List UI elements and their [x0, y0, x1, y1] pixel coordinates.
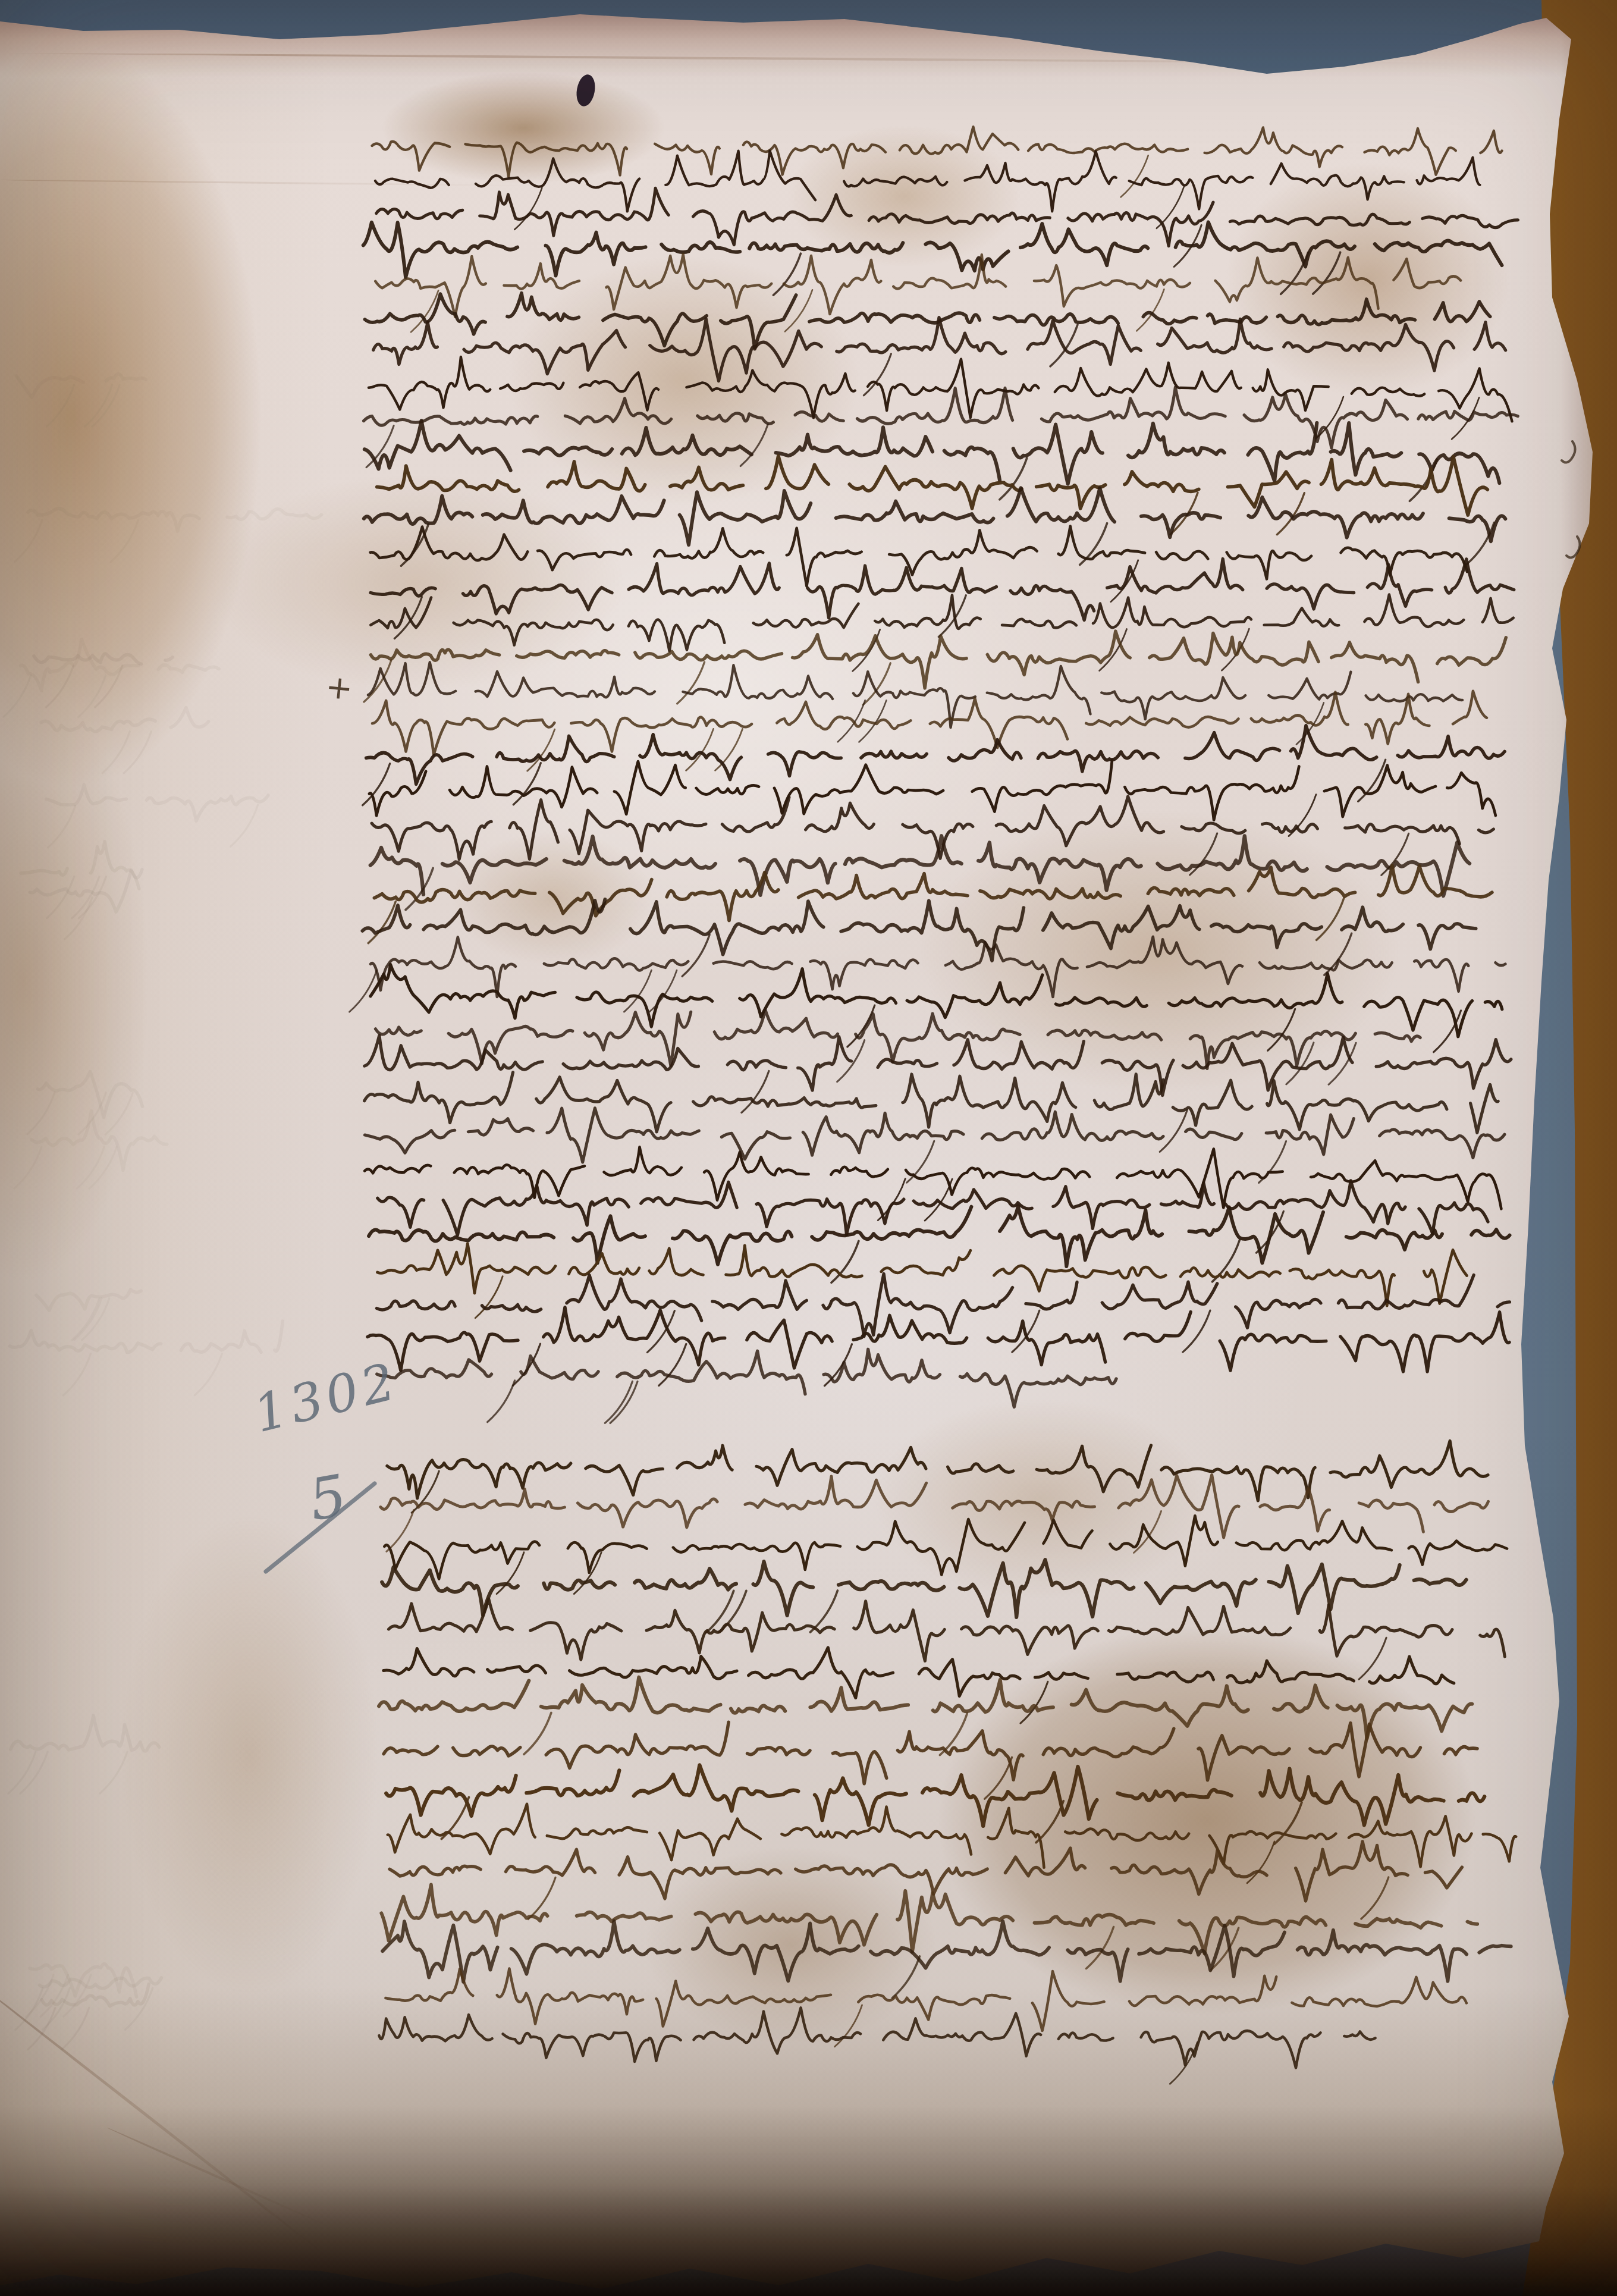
script-lines: [4, 127, 1580, 2084]
marginalia-leaf-number: 5: [304, 1461, 356, 1534]
marginalia-group: 1302 5 +: [248, 73, 598, 1572]
manuscript-photograph: 1302 5 +: [0, 0, 1617, 2296]
marginalia-year: 1302: [248, 1351, 405, 1445]
handwriting-layer: 1302 5 +: [0, 0, 1617, 2296]
ink-blot: [574, 73, 598, 108]
margin-cross-mark: +: [324, 667, 355, 707]
